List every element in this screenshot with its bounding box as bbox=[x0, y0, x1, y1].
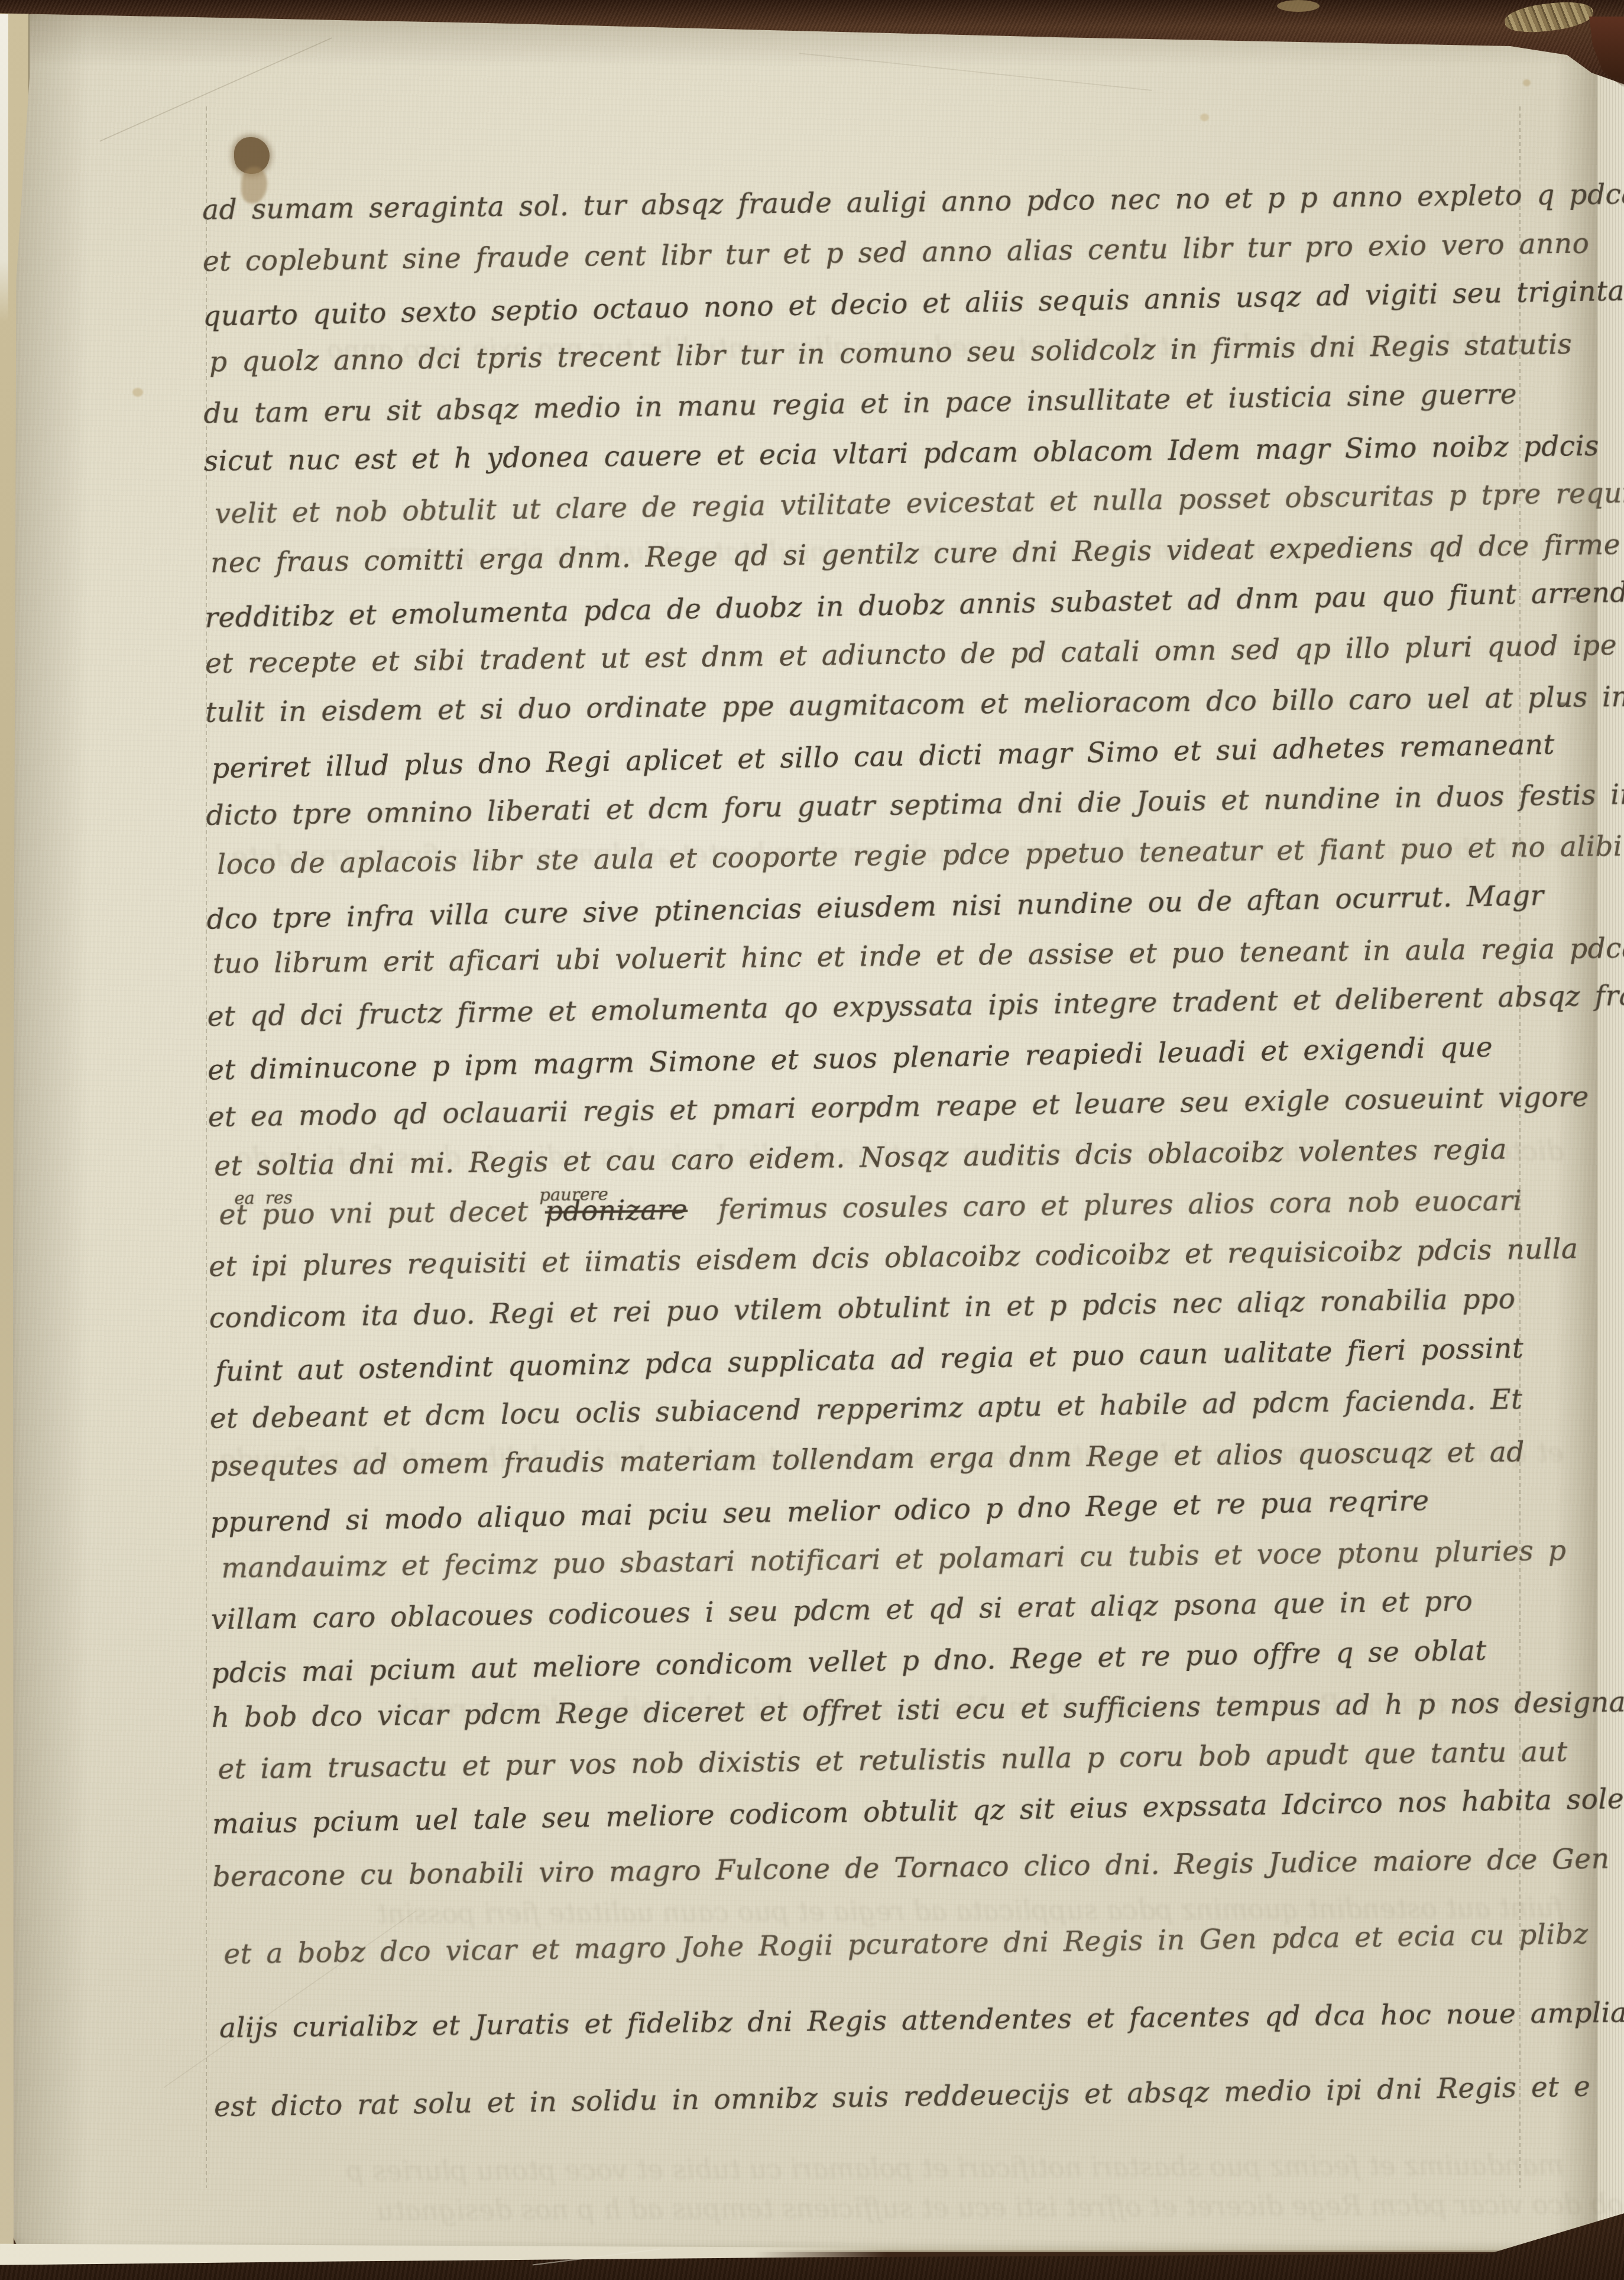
text-line: alijs curialibz et Juratis et fidelibz d… bbox=[213, 1988, 1580, 2053]
text-line: et a bobz dco vicar et magro Johe Rogii … bbox=[213, 1909, 1579, 1980]
text-block: ad sumam seraginta sol. tur absqz fraude… bbox=[202, 173, 1580, 2126]
show-through-line: h bob dco vicar pdcm Rege diceret et off… bbox=[307, 2188, 1624, 2227]
parchment-spot bbox=[1523, 79, 1531, 86]
fore-edge-pages bbox=[1597, 71, 1624, 2223]
parchment-spot bbox=[132, 388, 143, 397]
line-segment: ferimus cosules caro et plures alios cor… bbox=[718, 1184, 1522, 1226]
cover-wear-patch bbox=[1277, 0, 1320, 12]
interlinear-note: ea res bbox=[234, 1187, 293, 1209]
interlinear-correction: paurere bbox=[539, 1183, 608, 1205]
gutter-page-edge-highlight bbox=[0, 14, 8, 322]
parchment-spot bbox=[1200, 114, 1209, 121]
manuscript-photo: et coplebunt sine fraude cent libr tur e… bbox=[0, 0, 1624, 2280]
